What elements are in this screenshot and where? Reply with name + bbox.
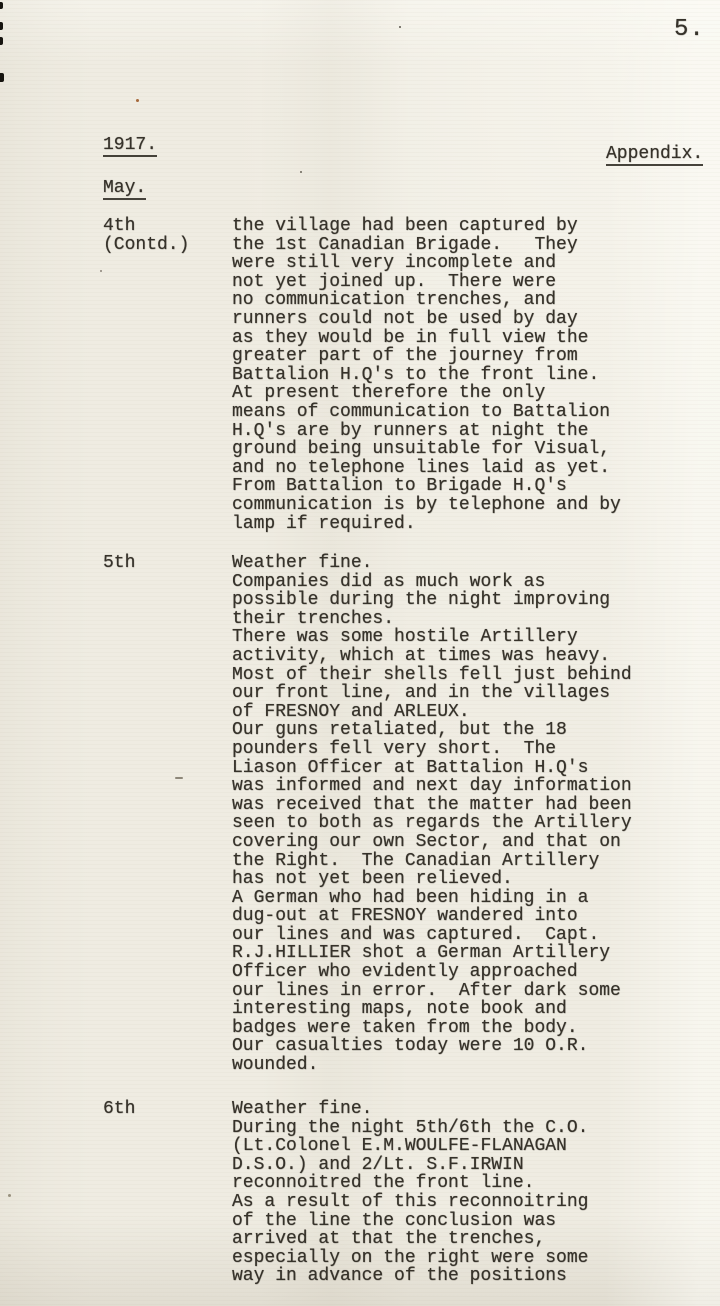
scan-edge-mark — [0, 37, 3, 45]
diary-entry: 6thWeather fine. During the night 5th/6t… — [103, 1100, 588, 1286]
paper-speck — [136, 99, 139, 102]
paper-speck — [100, 270, 102, 272]
entry-text: Weather fine. During the night 5th/6th t… — [232, 1100, 588, 1286]
paper-speck — [399, 26, 401, 28]
scan-edge-mark — [0, 2, 3, 9]
diary-entry: 5thWeather fine. Companies did as much w… — [103, 554, 632, 1075]
year-heading: 1917. — [103, 136, 157, 157]
appendix-heading: Appendix. — [606, 145, 703, 166]
scan-edge-mark — [0, 22, 3, 30]
month-heading: May. — [103, 179, 146, 200]
page-number: 5. — [674, 17, 705, 43]
entry-day-label: 4th (Contd.) — [103, 217, 232, 254]
entry-text: Weather fine. Companies did as much work… — [232, 554, 632, 1075]
paper-speck — [175, 777, 183, 779]
diary-entry: 4th (Contd.)the village had been capture… — [103, 217, 621, 533]
entry-day-label: 6th — [103, 1100, 232, 1119]
paper-speck — [300, 171, 302, 173]
war-diary-scanned-page: 5. 1917. Appendix. May. 4th (Contd.)the … — [0, 0, 720, 1306]
paper-speck — [8, 1194, 11, 1197]
scan-edge-mark — [0, 73, 4, 82]
entry-day-label: 5th — [103, 554, 232, 573]
entry-text: the village had been captured by the 1st… — [232, 217, 621, 533]
